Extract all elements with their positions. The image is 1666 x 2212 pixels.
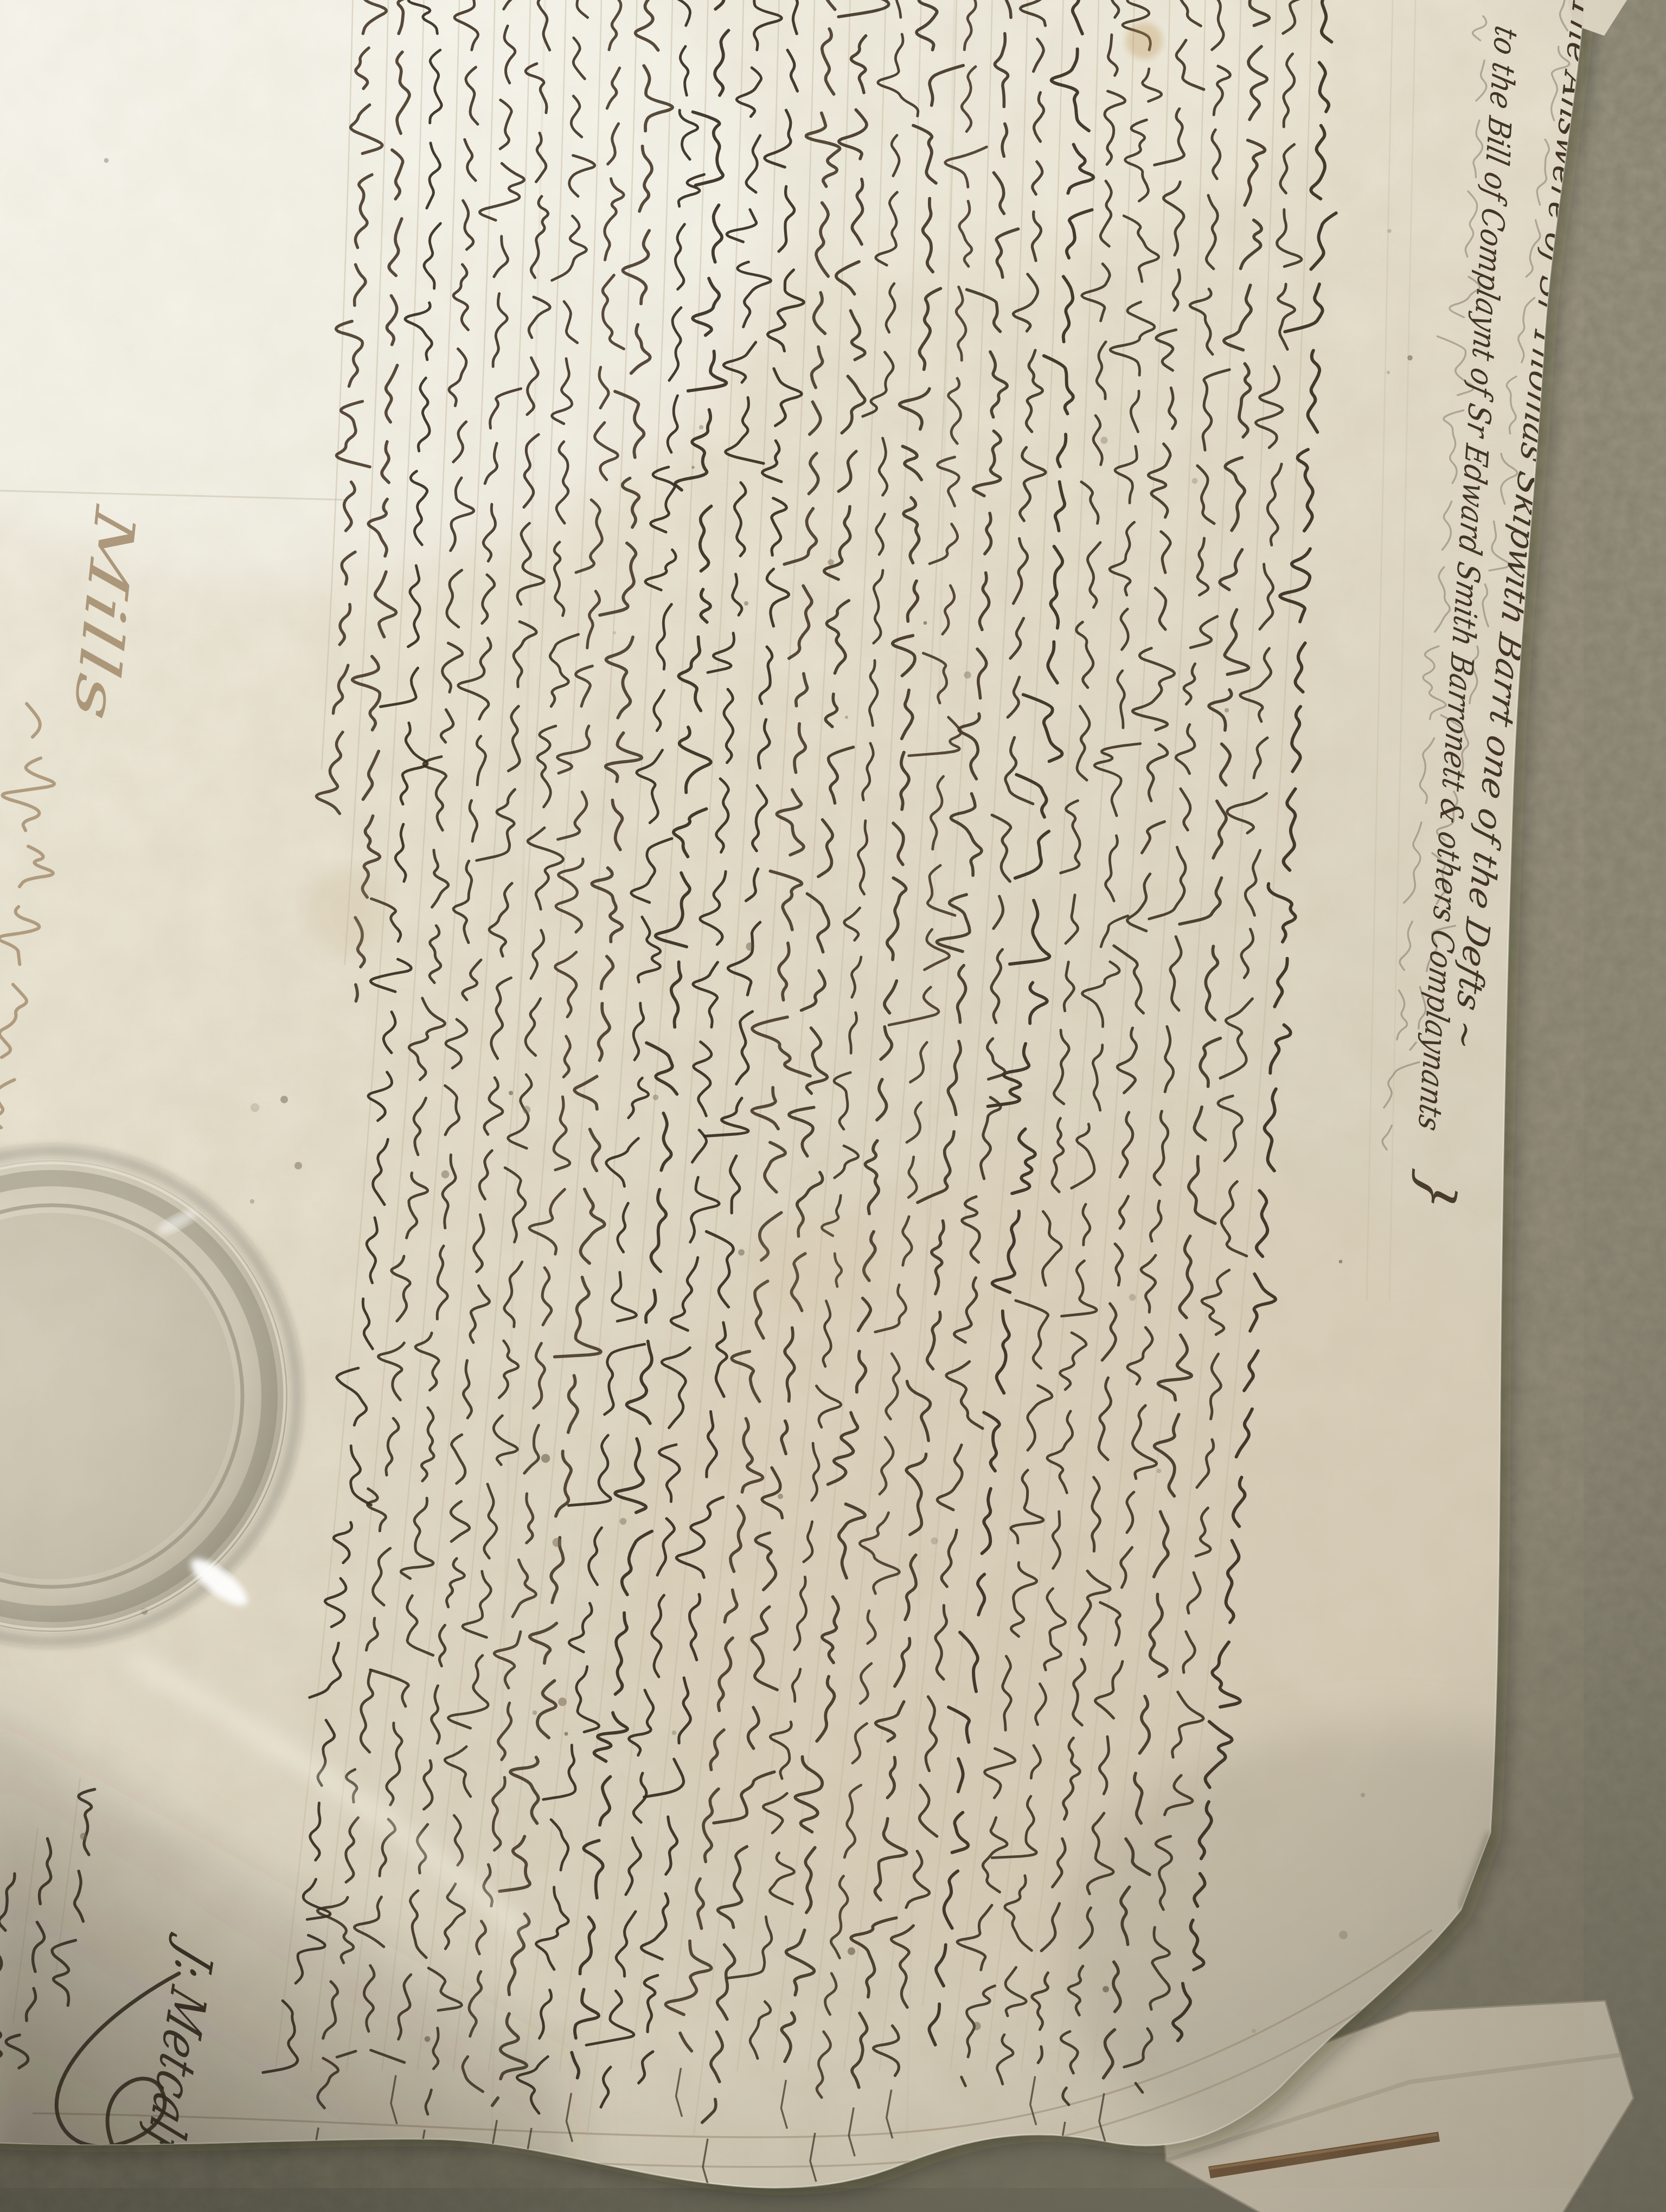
vignette-overlay: [0, 0, 1666, 2212]
manuscript-photo: The Answere of Sr Thomas Skipwith Barrt …: [0, 0, 1666, 2212]
photo-scene: The Answere of Sr Thomas Skipwith Barrt …: [0, 0, 1666, 2212]
